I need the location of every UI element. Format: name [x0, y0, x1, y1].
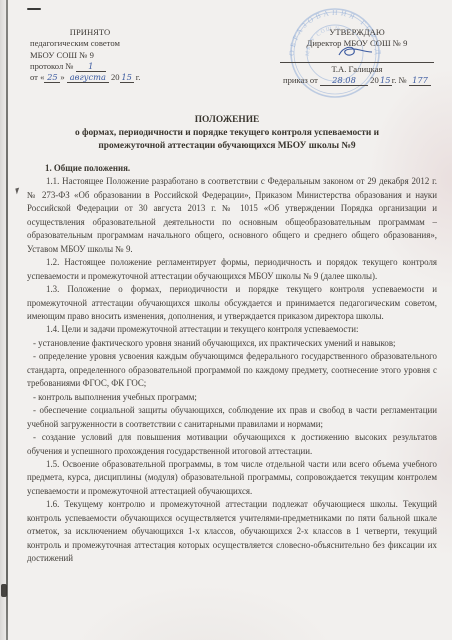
accepted-line2: МБОУ СОШ № 9 [30, 50, 180, 61]
paragraph: 1.2. Настоящее положение регламентирует … [27, 256, 437, 283]
order-number-handwritten: 177 [412, 75, 428, 85]
document-title-line1: ПОЛОЖЕНИЕ [26, 114, 428, 127]
paragraph: 1.3. Положение о формах, периодичности и… [27, 283, 437, 323]
document-body: 1. Общие положения. 1.1. Настоящее Полож… [27, 162, 437, 566]
approved-title: УТВЕРЖДАЮ [276, 27, 438, 38]
date-month-blank: августа [67, 73, 109, 83]
order-year-handwritten: 15 [380, 75, 391, 85]
date-day-handwritten: 25 [47, 72, 58, 82]
document-title-line2: о формах, периодичности и порядке текуще… [26, 127, 428, 140]
order-row: приказ от 28.08 2015г. № 177 [276, 75, 438, 86]
protocol-number-blank: 1 [76, 62, 106, 72]
protocol-row: протокол № 1 [30, 61, 180, 72]
accepted-line1: педагогическим советом [30, 38, 180, 49]
director-signature [335, 44, 375, 60]
signature-line [280, 50, 434, 63]
paragraph: 1.1. Настоящее Положение разработано в с… [27, 175, 437, 256]
section-heading: 1. Общие положения. [45, 162, 437, 175]
date-close: » [60, 72, 64, 82]
date-month-handwritten: августа [70, 72, 106, 82]
order-date-blank: 28.08 [320, 76, 368, 86]
accepted-date-row: от «25» августа 2015 г. [30, 72, 180, 83]
paragraph: - контроль выполнения учебных программ; [27, 391, 437, 404]
paragraph: - установление фактического уровня знани… [27, 337, 437, 350]
paragraph: - создание условий для повышения мотивац… [27, 431, 437, 458]
director-name: Т.А. Галицкая [276, 64, 438, 75]
paragraph: - определение уровня усвоения каждым обу… [27, 350, 437, 390]
order-year-suffix: г. [392, 75, 397, 85]
scan-artifact-blob [1, 584, 7, 597]
order-year-prefix: 20 [370, 75, 379, 85]
order-label: приказ от [283, 75, 318, 85]
protocol-label: протокол № [30, 61, 74, 71]
accepted-title: ПРИНЯТО [30, 27, 150, 38]
date-day-blank: 25 [44, 73, 60, 83]
date-year-handwritten: 15 [121, 72, 132, 82]
date-prefix: от « [30, 72, 44, 82]
paragraph: 1.4. Цели и задачи промежуточной аттеста… [27, 323, 437, 336]
document-title-line3: промежуточной аттестации обучающихся МБО… [26, 140, 428, 153]
order-number-blank: 177 [409, 76, 431, 86]
scan-edge-line [6, 0, 8, 640]
order-number-label: № [399, 75, 407, 85]
paragraph: 1.6. Текущему контролю и промежуточной а… [27, 498, 437, 565]
date-suffix: г. [136, 72, 141, 82]
scan-artifact-dash [27, 8, 41, 10]
order-date-handwritten: 28.08 [332, 75, 356, 85]
document-title: ПОЛОЖЕНИЕ о формах, периодичности и поря… [26, 114, 428, 154]
year-prefix: 20 [111, 72, 120, 82]
accepted-block: ПРИНЯТО педагогическим советом МБОУ СОШ … [30, 27, 180, 83]
paragraph: - обеспечение социальной защиты обучающи… [27, 404, 437, 431]
scan-artifact-speck [15, 188, 20, 195]
order-year-blank: 15 [379, 76, 392, 86]
scanned-document-page: { "colors": { "ink_blue": "#3b5aa0", "st… [0, 0, 452, 640]
date-year-blank: 15 [120, 73, 134, 83]
protocol-number-handwritten: 1 [88, 61, 93, 71]
paragraph: 1.5. Освоение образовательной программы,… [27, 458, 437, 498]
approved-block: УТВЕРЖДАЮ Директор МБОУ СОШ № 9 Т.А. Гал… [276, 27, 438, 86]
